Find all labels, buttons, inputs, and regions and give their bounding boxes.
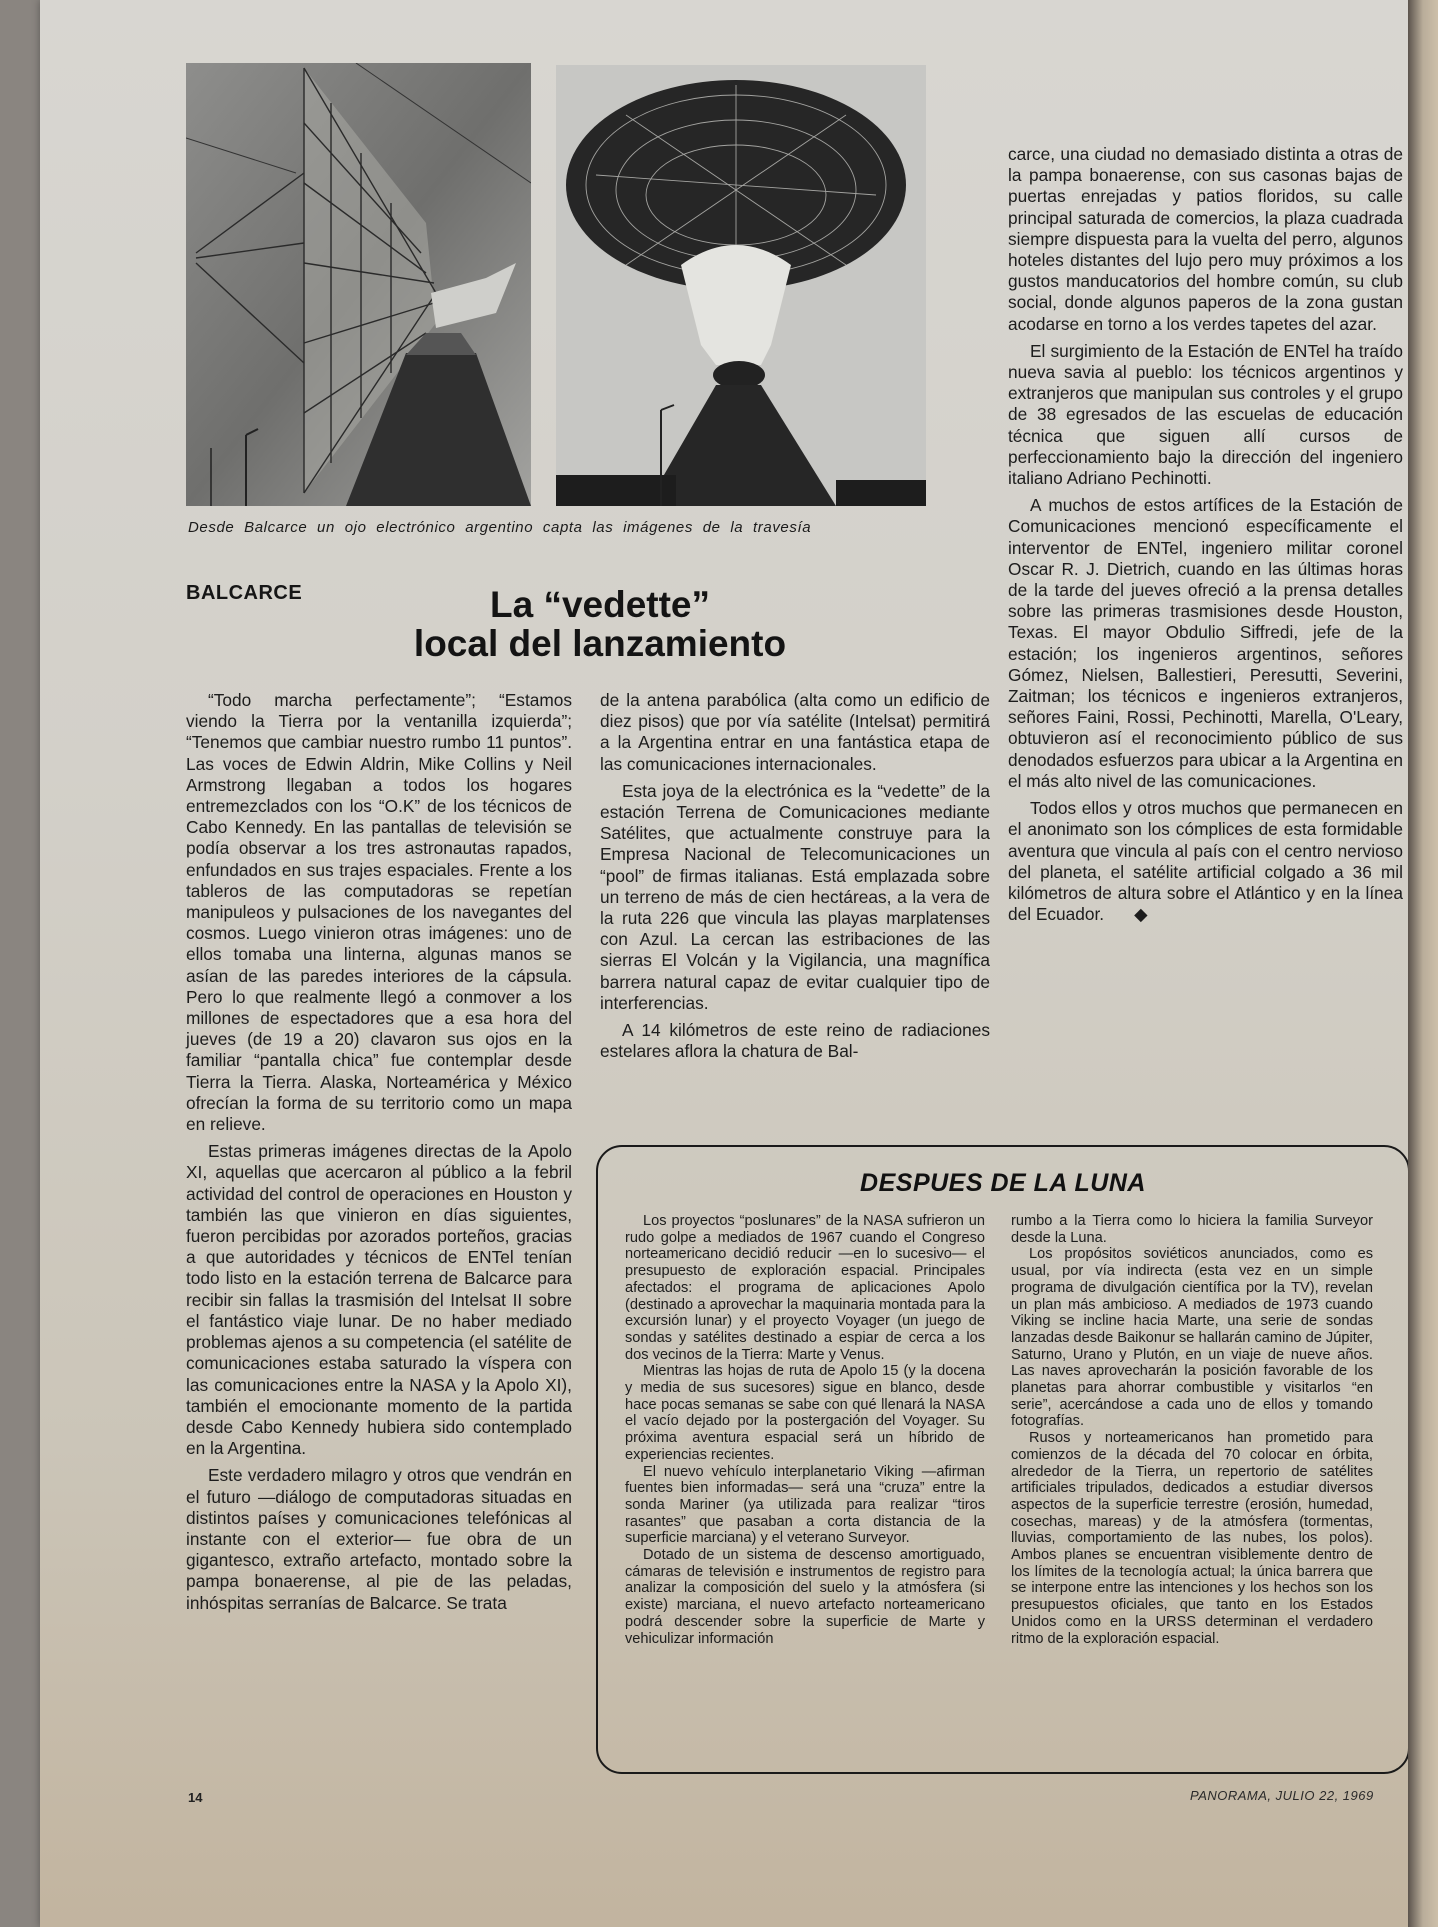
article-column-2: de la antena parabólica (alta como un ed… bbox=[600, 690, 990, 1068]
end-diamond-icon: ◆ bbox=[1112, 904, 1147, 925]
paragraph: Dotado de un sistema de descenso amortig… bbox=[625, 1547, 985, 1647]
paragraph: Los propósitos soviéticos anunciados, co… bbox=[1011, 1246, 1373, 1430]
magazine-page: Desde Balcarce un ojo electrónico argent… bbox=[40, 0, 1415, 1927]
headline-line-1: La “vedette” bbox=[340, 585, 860, 624]
antenna-dish-photo bbox=[556, 65, 926, 506]
sidebar-title: DESPUES DE LA LUNA bbox=[598, 1169, 1408, 1198]
paragraph: A muchos de estos artífices de la Estaci… bbox=[1008, 495, 1403, 792]
publication-footer: PANORAMA, JULIO 22, 1969 bbox=[1190, 1788, 1374, 1803]
photo-caption: Desde Balcarce un ojo electrónico argent… bbox=[188, 519, 928, 536]
paragraph: carce, una ciudad no demasiado distinta … bbox=[1008, 144, 1403, 335]
section-kicker: BALCARCE bbox=[186, 582, 302, 605]
facing-page-edge bbox=[1408, 0, 1438, 1927]
paragraph: “Todo marcha perfectamente”; “Estamos vi… bbox=[186, 690, 572, 1135]
paragraph: El surgimiento de la Estación de ENTel h… bbox=[1008, 341, 1403, 489]
paragraph-text: Todos ellos y otros muchos que permanece… bbox=[1008, 798, 1403, 924]
paragraph: Todos ellos y otros muchos que permanece… bbox=[1008, 798, 1403, 925]
article-column-3: carce, una ciudad no demasiado distinta … bbox=[1008, 144, 1403, 931]
page-number: 14 bbox=[188, 1790, 202, 1805]
paragraph: Rusos y norteamericanos han prometido pa… bbox=[1011, 1430, 1373, 1647]
article-headline: La “vedette” local del lanzamiento bbox=[340, 585, 860, 663]
paragraph: rumbo a la Tierra como lo hiciera la fam… bbox=[1011, 1213, 1373, 1246]
paragraph: Esta joya de la electrónica es la “vedet… bbox=[600, 781, 990, 1014]
paragraph: de la antena parabólica (alta como un ed… bbox=[600, 690, 990, 775]
article-column-1: “Todo marcha perfectamente”; “Estamos vi… bbox=[186, 690, 572, 1620]
paragraph: Mientras las hojas de ruta de Apolo 15 (… bbox=[625, 1363, 985, 1463]
sidebar-column-1: Los proyectos “poslunares” de la NASA su… bbox=[625, 1213, 985, 1647]
paragraph: El nuevo vehículo interplanetario Viking… bbox=[625, 1464, 985, 1548]
sidebar-column-2: rumbo a la Tierra como lo hiciera la fam… bbox=[1011, 1213, 1373, 1647]
headline-line-2: local del lanzamiento bbox=[340, 624, 860, 663]
paragraph: Estas primeras imágenes directas de la A… bbox=[186, 1141, 572, 1459]
antenna-dish-image bbox=[556, 65, 926, 506]
paragraph: Los proyectos “poslunares” de la NASA su… bbox=[625, 1213, 985, 1363]
antenna-side-photo bbox=[186, 63, 531, 506]
antenna-side-image bbox=[186, 63, 531, 506]
paragraph: Este verdadero milagro y otros que vendr… bbox=[186, 1465, 572, 1613]
sidebar-box: DESPUES DE LA LUNA Los proyectos “poslun… bbox=[596, 1145, 1410, 1774]
paragraph: A 14 kilómetros de este reino de radiaci… bbox=[600, 1020, 990, 1062]
